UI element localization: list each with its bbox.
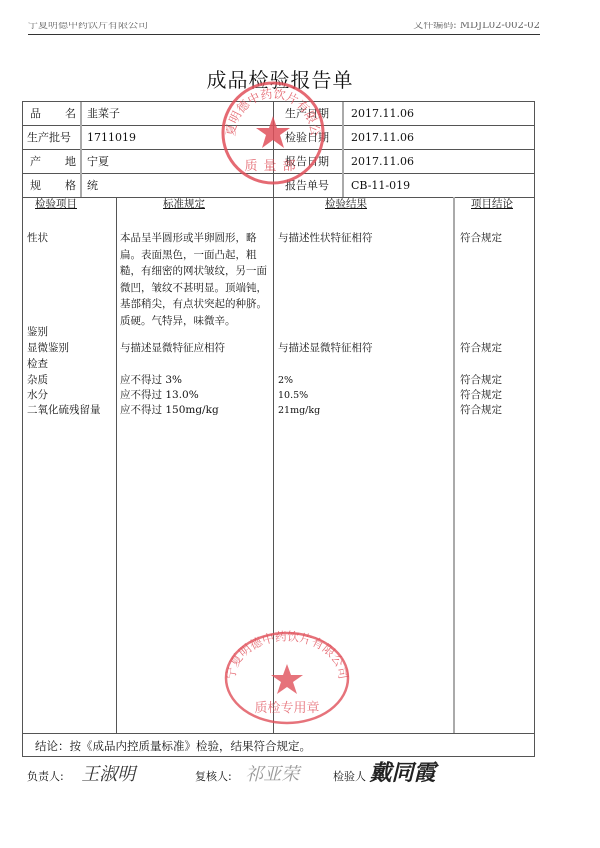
origin-label: 产地 — [30, 150, 76, 174]
responsible-label: 负责人: — [27, 770, 64, 783]
item-name: 鉴别 — [27, 325, 48, 340]
item-name: 杂质 — [27, 373, 48, 388]
spec-label: 规格 — [30, 174, 76, 198]
item-standard: 与描述显微特征应相符 — [120, 341, 225, 356]
page-header: 宁夏明德中药饮片有限公司 文件编码: MDJL02-002-02 — [28, 22, 540, 35]
origin-value: 宁夏 — [87, 150, 109, 174]
item-standard: 应不得过 13.0% — [120, 388, 199, 403]
product-name-label: 品名 — [30, 102, 76, 126]
item-name: 显微鉴别 — [27, 341, 69, 356]
inspector-signature: 戴同霞 — [370, 760, 436, 786]
document-code: 文件编码: MDJL02-002-02 — [413, 22, 540, 31]
item-name: 二氧化硫残留量 — [27, 403, 101, 418]
inspection-date-value: 2017.11.06 — [351, 126, 414, 150]
reviewer-signature: 祁亚荣 — [245, 764, 299, 785]
reviewer-label: 复核人: — [195, 770, 232, 783]
item-conclusion: 符合规定 — [460, 373, 502, 388]
report-conclusion: 结论：按《成品内控质量标准》检验，结果符合规定。 — [35, 735, 311, 757]
item-name: 性状 — [27, 231, 48, 246]
report-number-value: CB-11-019 — [351, 174, 410, 198]
batch-value: 1711019 — [87, 126, 136, 150]
item-name: 水分 — [27, 388, 48, 403]
report-date-label: 报告日期 — [285, 150, 329, 174]
batch-label: 生产批号 — [27, 126, 71, 150]
report-date-value: 2017.11.06 — [351, 150, 414, 174]
col-header-result: 检验结果 — [325, 196, 367, 212]
page-title: 成品检验报告单 — [0, 64, 560, 93]
item-conclusion: 符合规定 — [460, 388, 502, 403]
inspector-signature-block: 检验人 戴同霞 — [333, 756, 436, 787]
item-conclusion: 符合规定 — [460, 231, 502, 246]
item-standard: 本品呈半圆形或半卵圆形，略扁。表面黑色，一面凸起，粗糙，有细密的网状皱纹，另一面… — [120, 230, 270, 329]
responsible-signature: 王淑明 — [81, 764, 135, 785]
production-date-label: 生产日期 — [285, 102, 329, 126]
item-conclusion: 符合规定 — [460, 341, 502, 356]
item-result: 2% — [278, 373, 293, 388]
item-result: 10.5% — [278, 388, 308, 403]
item-result: 与描述显微特征相符 — [278, 341, 373, 356]
col-header-item: 检验项目 — [35, 196, 77, 212]
item-standard: 应不得过 3% — [120, 373, 182, 388]
reviewer-signature-block: 复核人: 祁亚荣 — [195, 760, 299, 786]
col-header-conclusion: 项目结论 — [471, 196, 513, 212]
report-table: 品名 韭菜子 生产日期 2017.11.06 生产批号 1711019 检验日期… — [22, 101, 535, 757]
company-name: 宁夏明德中药饮片有限公司 — [28, 22, 148, 31]
item-conclusion: 符合规定 — [460, 403, 502, 418]
production-date-value: 2017.11.06 — [351, 102, 414, 126]
col-header-standard: 标准规定 — [163, 196, 205, 212]
inspection-date-label: 检验日期 — [285, 126, 329, 150]
report-number-label: 报告单号 — [285, 174, 329, 198]
item-result: 与描述性状特征相符 — [278, 231, 373, 246]
spec-value: 统 — [87, 174, 98, 198]
inspector-label: 检验人 — [333, 770, 366, 783]
item-standard: 应不得过 150mg/kg — [120, 403, 219, 418]
item-name: 检查 — [27, 357, 48, 372]
responsible-signature-block: 负责人: 王淑明 — [27, 760, 135, 786]
item-result: 21mg/kg — [278, 403, 320, 418]
product-name-value: 韭菜子 — [87, 102, 120, 126]
